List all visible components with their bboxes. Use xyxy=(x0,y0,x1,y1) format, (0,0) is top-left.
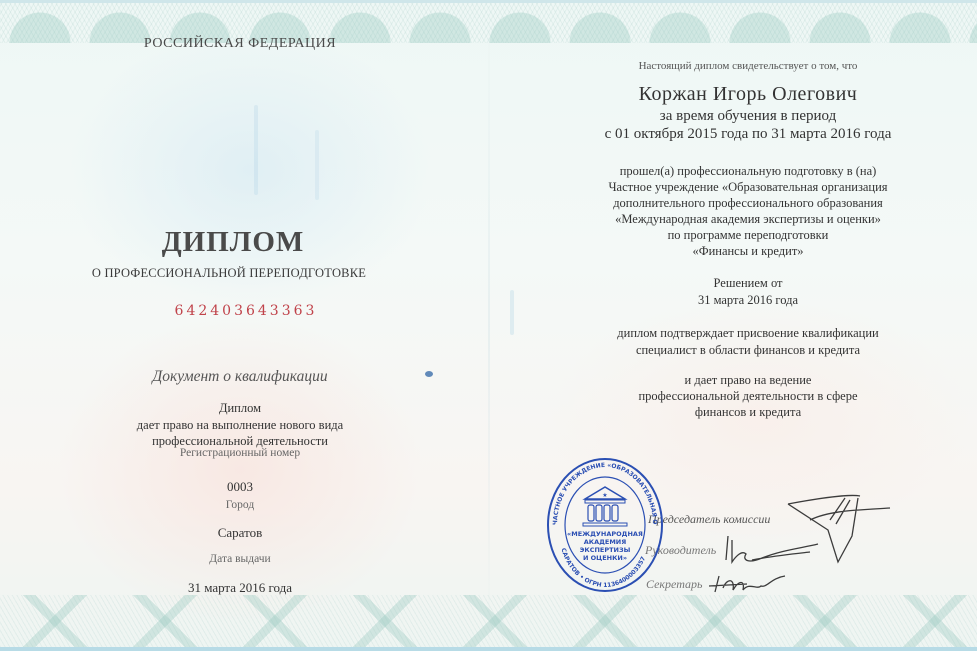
diploma-spread: РОССИЙСКАЯ ФЕДЕРАЦИЯ ДИПЛОМ О ПРОФЕССИОН… xyxy=(0,0,977,651)
qualification-line: диплом подтверждает присвоение квалифика… xyxy=(538,325,958,341)
body-line: Диплом xyxy=(0,400,480,417)
rights-line: и дает право на ведение xyxy=(538,372,958,388)
svg-text:★: ★ xyxy=(602,492,607,499)
document-title: ДИПЛОМ xyxy=(0,226,473,259)
training-line: «Международная академия экспертизы и оце… xyxy=(538,211,958,227)
decision-label: Решением от xyxy=(538,275,958,291)
country-label: РОССИЙСКАЯ ФЕДЕРАЦИЯ xyxy=(0,36,480,52)
issue-date-label: Дата выдачи xyxy=(0,553,480,565)
stamp-center-line: «МЕЖДУНАРОДНАЯ xyxy=(567,530,643,538)
watermark-mark xyxy=(254,105,258,195)
ink-mark xyxy=(510,290,514,335)
decision-date: 31 марта 2016 года xyxy=(538,292,958,308)
qualification-line: специалист в области финансов и кредита xyxy=(538,342,958,358)
program-name: «Финансы и кредит» xyxy=(538,243,958,259)
training-line: прошел(а) профессиональную подготовку в … xyxy=(538,163,958,179)
body-line: дает право на выполнение нового вида xyxy=(0,417,480,434)
page-fold xyxy=(488,0,490,651)
registration-label: Регистрационный номер xyxy=(0,447,480,459)
stamp-center-line: ЭКСПЕРТИЗЫ xyxy=(580,546,631,554)
stamp-center-line: И ОЦЕНКИ» xyxy=(583,554,627,562)
city-value: Саратов xyxy=(0,525,480,541)
head-signature xyxy=(722,530,832,570)
training-line: Частное учреждение «Образовательная орга… xyxy=(538,179,958,195)
period-value: с 01 октября 2015 года по 31 марта 2016 … xyxy=(538,124,958,144)
training-line: по программе переподготовки xyxy=(538,227,958,243)
training-line: дополнительного профессионального образо… xyxy=(538,195,958,211)
watermark-mark xyxy=(315,130,319,200)
qualification-heading: Документ о квалификации xyxy=(0,368,480,386)
period-label: за время обучения в период xyxy=(538,106,958,126)
holder-name: Коржан Игорь Олегович xyxy=(538,83,958,106)
document-subtitle: О ПРОФЕССИОНАЛЬНОЙ ПЕРЕПОДГОТОВКЕ xyxy=(0,266,469,281)
registration-number: 0003 xyxy=(0,479,480,495)
city-label: Город xyxy=(0,499,480,511)
intro-text: Настоящий диплом свидетельствует о том, … xyxy=(538,60,958,72)
stamp-center-line: АКАДЕМИЯ xyxy=(584,538,627,546)
issue-date: 31 марта 2016 года xyxy=(0,580,480,596)
serial-number: 642403643363 xyxy=(6,303,486,319)
secretary-signature xyxy=(705,568,795,598)
rights-line: финансов и кредита xyxy=(538,404,958,420)
chairman-label: Председатель комиссии xyxy=(648,512,770,527)
rights-line: профессиональной деятельности в сфере xyxy=(538,388,958,404)
organization-stamp: ЧАСТНОЕ УЧРЕЖДЕНИЕ «ОБРАЗОВАТЕЛЬНАЯ ОРГА… xyxy=(545,457,665,592)
